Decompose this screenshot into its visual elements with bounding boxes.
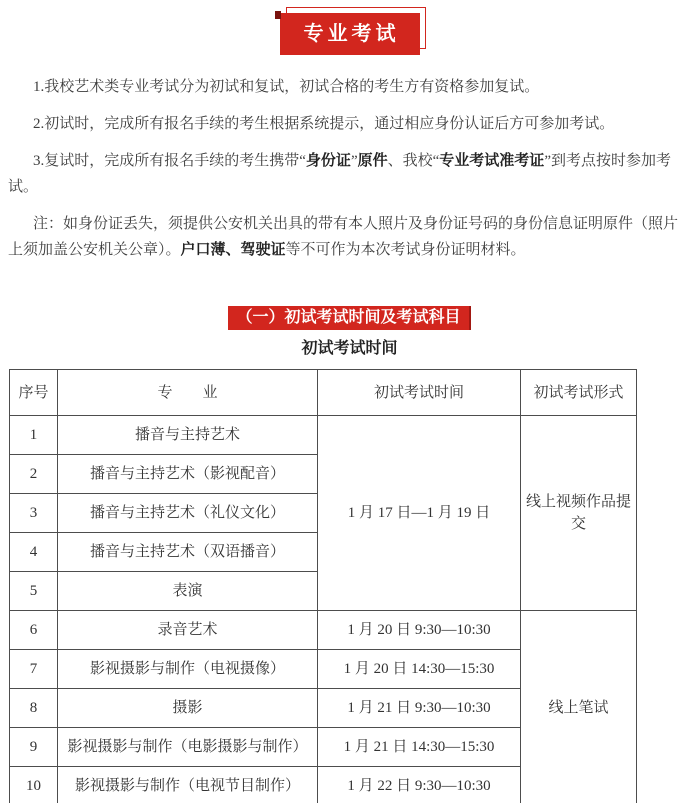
- time-cell: 1 月 20 日 9:30—10:30: [318, 611, 521, 650]
- p3-text-3: 、我校“: [388, 153, 440, 169]
- header-no: 序号: [10, 370, 58, 416]
- intro-section: 1.我校艺术类专业考试分为初试和复试，初试合格的考生方有资格参加复试。 2.初试…: [0, 74, 699, 263]
- header-time: 初试考试时间: [318, 370, 521, 416]
- banner-corner-decoration: [275, 11, 281, 19]
- row-number: 5: [10, 572, 58, 611]
- row-number: 7: [10, 650, 58, 689]
- table-title: 初试考试时间: [0, 339, 699, 359]
- major-cell: 影视摄影与制作（电视摄像）: [58, 650, 318, 689]
- exam-notice-page: 专业考试 1.我校艺术类专业考试分为初试和复试，初试合格的考生方有资格参加复试。…: [0, 0, 699, 803]
- paragraph-1: 1.我校艺术类专业考试分为初试和复试，初试合格的考生方有资格参加复试。: [8, 74, 691, 100]
- form-cell-merged-rows-1-5: 线上视频作品提交: [521, 416, 637, 611]
- note-bold-documents: 户口薄、驾驶证: [181, 242, 286, 258]
- note-text-2: 等不可作为本次考试身份证明材料。: [286, 242, 526, 258]
- exam-schedule-table: 序号 专 业 初试考试时间 初试考试形式 1 播音与主持艺术 1 月 17 日—…: [9, 369, 637, 803]
- major-cell: 播音与主持艺术（影视配音）: [58, 455, 318, 494]
- banner-title: 专业考试: [304, 23, 400, 45]
- paragraph-2: 2.初试时，完成所有报名手续的考生根据系统提示，通过相应身份认证后方可参加考试。: [8, 111, 691, 137]
- p3-bold-original: 原件: [358, 153, 388, 169]
- major-cell: 录音艺术: [58, 611, 318, 650]
- header-form: 初试考试形式: [521, 370, 637, 416]
- major-cell: 播音与主持艺术（礼仪文化）: [58, 494, 318, 533]
- time-cell: 1 月 21 日 14:30—15:30: [318, 728, 521, 767]
- time-cell: 1 月 21 日 9:30—10:30: [318, 689, 521, 728]
- time-cell: 1 月 22 日 9:30—10:30: [318, 767, 521, 803]
- p3-text-1: 3.复试时，完成所有报名手续的考生携带“: [33, 153, 306, 169]
- p3-bold-id-card: 身份证: [306, 153, 351, 169]
- row-number: 1: [10, 416, 58, 455]
- row-number: 9: [10, 728, 58, 767]
- row-number: 3: [10, 494, 58, 533]
- major-cell: 表演: [58, 572, 318, 611]
- table-row: 1 播音与主持艺术 1 月 17 日—1 月 19 日 线上视频作品提交: [10, 416, 637, 455]
- major-cell: 摄影: [58, 689, 318, 728]
- row-number: 6: [10, 611, 58, 650]
- exam-banner: 专业考试: [280, 13, 420, 55]
- time-cell: 1 月 20 日 14:30—15:30: [318, 650, 521, 689]
- note-paragraph: 注：如身份证丢失，须提供公安机关出具的带有本人照片及身份证号码的身份信息证明原件…: [8, 211, 691, 263]
- section-heading: （一）初试考试时间及考试科目: [228, 306, 470, 330]
- p3-bold-admission-ticket: 专业考试准考证: [439, 153, 544, 169]
- paragraph-3: 3.复试时，完成所有报名手续的考生携带“身份证”原件、我校“专业考试准考证”到考…: [8, 148, 691, 200]
- form-cell-merged-rows-6-10: 线上笔试: [521, 611, 637, 803]
- row-number: 2: [10, 455, 58, 494]
- major-cell: 影视摄影与制作（电影摄影与制作）: [58, 728, 318, 767]
- p3-text-2: ”: [351, 153, 358, 169]
- banner-area: 专业考试: [0, 0, 699, 55]
- table-row: 6 录音艺术 1 月 20 日 9:30—10:30 线上笔试: [10, 611, 637, 650]
- row-number: 10: [10, 767, 58, 803]
- major-cell: 播音与主持艺术: [58, 416, 318, 455]
- table-header-row: 序号 专 业 初试考试时间 初试考试形式: [10, 370, 637, 416]
- row-number: 4: [10, 533, 58, 572]
- section-heading-row: （一）初试考试时间及考试科目: [0, 306, 699, 330]
- header-major: 专 业: [58, 370, 318, 416]
- major-cell: 影视摄影与制作（电视节目制作）: [58, 767, 318, 803]
- row-number: 8: [10, 689, 58, 728]
- time-cell-merged-rows-1-5: 1 月 17 日—1 月 19 日: [318, 416, 521, 611]
- major-cell: 播音与主持艺术（双语播音）: [58, 533, 318, 572]
